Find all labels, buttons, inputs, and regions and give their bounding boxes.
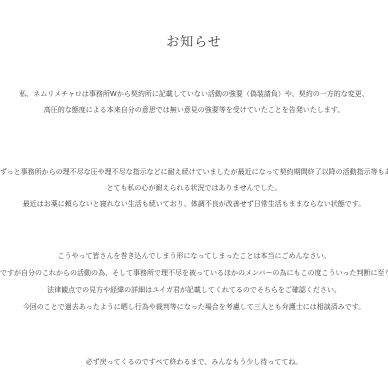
paragraph-apology-decision: こうやって皆さんを巻き込んでしまう形になってしまったことは本当にごめんなさい。 … [0,248,388,316]
text-line: ずっと事務所からの理不尽な圧や理不尽な指示などに耐え続けていましたが最近になって… [0,164,388,180]
text-line: 法律観点での見方や経緯の詳細はユイガ君が記載してくれてるのでそちらをご確認くださ… [0,282,388,299]
text-line: 今回のことで過去あったように晒し行為や裁判等になった場合を考慮して三人とも弁護士… [0,299,388,316]
text-line: 高圧的な態度による本来自分の意思では無い意見の強要等を受けていたことを告発いたし… [0,102,388,118]
text-line: こうやって皆さんを巻き込んでしまう形になってしまったことは本当にごめんなさい。 [0,248,388,265]
text-line: とても私の心が耐えられる状況ではありませんでした。 [0,180,388,196]
text-line: ですが自分のこれからの活動の為、そして事務所で理不尽を被っているほかのメンバーの… [0,265,388,282]
paragraph-circumstances: ずっと事務所からの理不尽な圧や理不尽な指示などに耐え続けていましたが最近になって… [0,164,388,212]
paragraph-accusation: 私、ネムリメチャロは事務所Wから契約所に記載していない活動の強要（偽装請負）や、… [0,86,388,118]
text-line: 私、ネムリメチャロは事務所Wから契約所に記載していない活動の強要（偽装請負）や、… [0,86,388,102]
closing-message: 必ず戻ってくるのですべて終わるまで、みんなもう少し待っててね。 [0,354,388,370]
notice-document: お知らせ 私、ネムリメチャロは事務所Wから契約所に記載していない活動の強要（偽装… [0,0,388,388]
text-line: 最近はお薬に頼らないと寝れない生活も続いており、体調不良が改善せず日常生活もまま… [0,196,388,212]
page-title: お知らせ [0,0,388,50]
text-line: 必ず戻ってくるのですべて終わるまで、みんなもう少し待っててね。 [0,354,388,370]
